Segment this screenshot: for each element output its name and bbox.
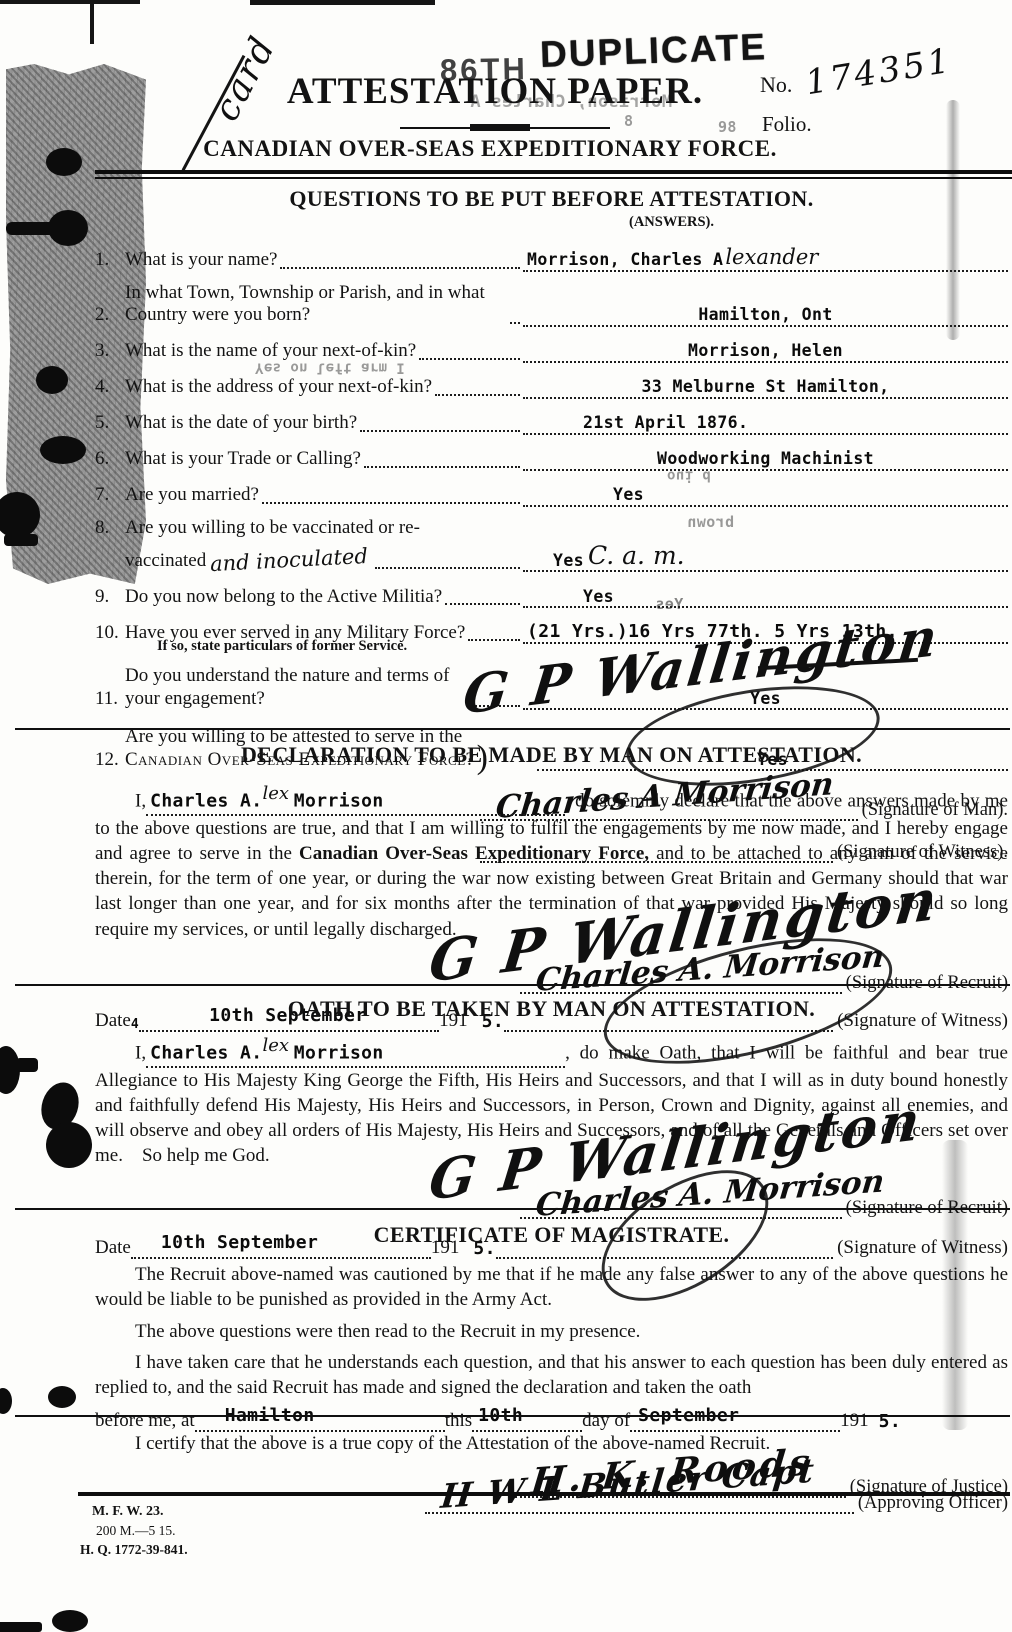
question-text: What is the address of your next-of-kin? [125, 376, 432, 398]
answer-field: Yes [523, 582, 1008, 608]
question-text: What is your name? [125, 249, 277, 271]
magistrate-title: CERTIFICATE OF MAGISTRATE. [95, 1222, 1008, 1248]
handwritten-insert: and inoculated [210, 544, 369, 577]
question-row: 5. What is the date of your birth? 21st … [95, 409, 1008, 435]
answer-field: Woodworking Machinist [523, 445, 1008, 471]
edge-mark [90, 0, 94, 44]
number-value: 174351 [803, 41, 955, 104]
question-row: 1. What is your name? Morrison, Charles … [95, 245, 1008, 272]
magistrate-para1: The Recruit above-named was cautioned by… [95, 1262, 1008, 1313]
offset-ghost-folio2: 8 [624, 112, 633, 130]
ink-blob [4, 534, 38, 546]
answer-field: YesC. a. m. [523, 541, 1008, 573]
edge-mark [0, 0, 140, 4]
question-text: In what Town, Township or Parish, and in… [125, 282, 507, 327]
handwritten-correction: lex [262, 783, 289, 804]
title-divider [400, 124, 610, 131]
answer-field: 33 Melburne St Hamilton, [523, 373, 1008, 399]
questions-title: QUESTIONS TO BE PUT BEFORE ATTESTATION. [95, 186, 1008, 212]
offset-ghost-folio: 98 [718, 118, 737, 136]
question-row: 9. Do you now belong to the Active Milit… [95, 582, 1008, 608]
declaration-title: DECLARATION TO BE MADE BY MAN ON ATTESTA… [95, 742, 1008, 768]
ink-blob [16, 1058, 38, 1072]
handwritten-correction: lex [262, 1035, 289, 1056]
footer-rule [78, 1492, 1010, 1496]
oath-title: OATH TO BE TAKEN BY MAN ON ATTESTATION. [95, 996, 1008, 1022]
question-text: Do you now belong to the Active Militia? [125, 586, 442, 608]
form-code-3: H. Q. 1772-39-841. [80, 1542, 1010, 1558]
question-text: Are you married? [125, 484, 259, 506]
answer-field: Morrison, Helen [523, 337, 1008, 363]
magistrate-para2: The above questions were then read to th… [95, 1319, 1008, 1344]
ink-blob [48, 210, 88, 246]
question-row: 7. Are you married? Yes [95, 481, 1008, 507]
section-rule [15, 728, 1010, 730]
attestation-paper-page: card 86TH DUPLICATE Morrison, Charles A … [0, 0, 1012, 1632]
answer-field: Yes [523, 481, 1008, 507]
ink-blob [40, 436, 86, 464]
force-title: CANADIAN OVER-SEAS EXPEDITIONARY FORCE. [180, 136, 800, 162]
answer-field: 21st April 1876. [523, 409, 1008, 435]
question-text: What is the date of your birth? [125, 412, 357, 434]
form-code-2: 200 M.—5 15. [96, 1523, 1010, 1539]
offset-ghost-arm: Yes on left arm I [255, 359, 405, 376]
question-row: brown 8. Are you willing to be vaccinate… [95, 517, 1008, 573]
duplicate-stamp: DUPLICATE [539, 26, 767, 76]
section-rule [15, 1415, 1010, 1417]
question-row: 6. What is your Trade or Calling? Woodwo… [95, 445, 1008, 471]
question-text: Do you understand the nature and terms o… [125, 665, 465, 710]
footer-section: M. F. W. 23. 200 M.—5 15. H. Q. 1772-39-… [78, 1492, 1010, 1558]
ink-blob [0, 1622, 42, 1632]
folio-label: Folio. [762, 112, 812, 137]
offset-ghost-militia: Yes [655, 596, 683, 614]
ink-blob [36, 366, 68, 394]
answer-field: Hamilton, Ont [523, 301, 1008, 327]
answer-field: Morrison, Charles Alexander [523, 245, 1008, 272]
answers-label: (ANSWERS). [335, 214, 1008, 231]
magistrate-para3: I have taken care that he understands ea… [95, 1350, 1008, 1401]
certify-text: I certify that the above is a true copy … [95, 1431, 1008, 1456]
question-row: Yes on left arm I 4. What is the address… [95, 373, 1008, 399]
ink-blob [48, 1386, 76, 1408]
edge-mark [250, 0, 435, 5]
ink-blob [0, 1388, 12, 1414]
header-rule [95, 170, 1012, 179]
ink-blob [46, 148, 82, 176]
ink-blob [52, 1610, 88, 1632]
question-text: vaccinated [125, 550, 206, 572]
question-text: What is your Trade or Calling? [125, 448, 361, 470]
form-code-1: M. F. W. 23. [92, 1504, 1010, 1520]
section-rule [15, 984, 1010, 986]
page-title: ATTESTATION PAPER. [285, 70, 705, 113]
question-text: Are you willing to be vaccinated or re- [125, 517, 420, 539]
section-rule [15, 1208, 1010, 1210]
question-row: 2. In what Town, Township or Parish, and… [95, 282, 1008, 327]
question-row: 3. What is the name of your next-of-kin?… [95, 337, 1008, 363]
ink-blob [46, 1122, 92, 1168]
number-label: No. [760, 72, 792, 98]
offset-ghost-brown: brown [687, 513, 734, 531]
card-annotation: card [206, 29, 284, 128]
